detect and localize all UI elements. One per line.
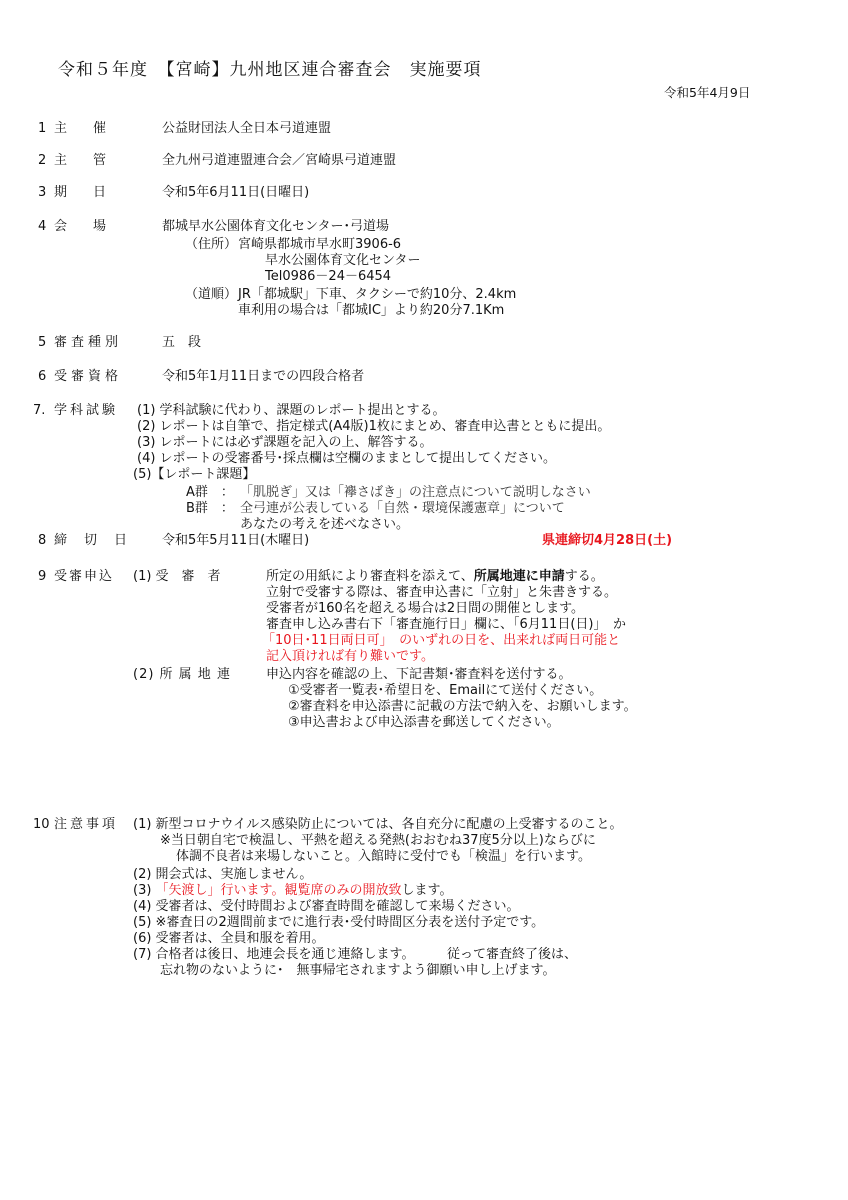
section-number: 3 [38,186,46,199]
section-label: 会 場 [54,220,106,233]
exam-item: (2) レポートは自筆で、指定様式(A4版)1枚にまとめ、審査申込書とともに提出… [137,420,610,433]
topic-a-label: A群 ： [186,486,234,499]
applicant-red-line: 「10日･11日両日可」 のいずれの日を、出来れば両日可能と [262,634,620,647]
section-value: 五 段 [162,336,201,349]
applicant-line: 受審者が160名を超える場合は2日間の開催とします。 [266,602,584,615]
applicant-sublabel: (1) 受 審 者 [133,570,221,583]
note-item: (1) 新型コロナウイルス感染防止については、各自充分に配慮の上受審するのこと。 [133,818,623,831]
note-item: (3) 「矢渡し」行います。観覧席のみの開放致します。 [133,884,452,897]
directions-label: （道順） [185,288,237,301]
section-value: 令和5年6月11日(日曜日) [162,186,309,199]
address-label: （住所） [185,238,237,251]
applicant-line-text: 所定の用紙により審査料を添えて、 [266,569,474,584]
note-item-number: (3) [133,883,156,898]
section-number: 9 [38,570,46,583]
section-number: 5 [38,336,46,349]
section-number: 7. [33,404,45,417]
section-value: 令和5年5月11日(木曜日) [162,534,309,547]
section-label: 審査種別 [54,336,122,349]
section-label: 受審資格 [54,370,122,383]
applicant-line: 審査申し込み書右下「審査施行日」欄に、「6月11日(日)」 か [266,618,626,631]
applicant-line: 立射で受審する際は、審査申込書に「立射」と朱書きする。 [266,586,617,599]
federation-sublabel: (2) 所 属 地 連 [133,668,231,681]
federation-intro: 申込内容を確認の上、下記書類･審査料を送付する。 [266,668,572,681]
document-title: 令和５年度 【宮崎】九州地区連合審査会 実施要項 [58,62,482,79]
section-number: 1 [38,122,46,135]
section-number: 4 [38,220,46,233]
exam-item: (5)【レポート課題】 [133,468,255,481]
section-label: 主 管 [54,154,106,167]
section-number: 2 [38,154,46,167]
note-item-text: します。 [402,883,453,898]
address-line: 早水公園体育文化センター [265,254,420,267]
section-number: 6 [38,370,46,383]
section-label: 主 催 [54,122,106,135]
note-item-detail: 体調不良者は来場しないこと。入館時に受付でも「検温」を行います。 [176,850,591,863]
exam-item: (1) 学科試験に代わり、課題のレポート提出とする。 [137,404,446,417]
applicant-line-text: する。 [565,569,604,584]
directions-line: 車利用の場合は「都城IC」より約20分7.1Km [238,304,504,317]
applicant-line: 所定の用紙により審査料を添えて、所属地連に申請する。 [266,570,604,583]
applicant-line-bold: 所属地連に申請 [474,569,565,584]
note-item: (4) 受審者は、受付時間および審査時間を確認して来場ください。 [133,900,520,913]
section-number: 8 [38,534,46,547]
section-label: 受審申込 [54,570,114,583]
section-label: 期 日 [54,186,106,199]
federation-step: ③申込書および申込添書を郵送してください。 [288,716,560,729]
note-item-detail: ※当日朝自宅で検温し、平熱を超える発熱(おおむね37度5分以上)ならびに [160,834,596,847]
section-value: 令和5年1月11日までの四段合格者 [162,370,364,383]
note-item: (2) 開会式は、実施しません。 [133,868,312,881]
note-item: (6) 受審者は、全員和服を着用。 [133,932,325,945]
section-value: 全九州弓道連盟連合会／宮崎県弓道連盟 [162,154,396,167]
section-label: 締 切 日 [54,534,129,547]
federation-step: ②審査料を申込添書に記載の方法で納入を、お願いします。 [288,700,637,713]
note-item-continued: 忘れ物のないように･ 無事帰宅されますよう御願い申し上げます。 [160,964,555,977]
note-item-red-text: 「矢渡し」行います。観覧席のみの開放致 [156,883,402,898]
exam-item: (4) レポートの受審番号･採点欄は空欄のままとして提出してください。 [137,452,556,465]
directions-line: JR「都城駅」下車、タクシーで約10分、2.4km [238,288,516,301]
topic-b-label: B群 ： [186,502,234,515]
section-value: 公益財団法人全日本弓道連盟 [162,122,331,135]
topic-a-text: 「肌脱ぎ」又は「襷さばき」の注意点について説明しなさい [240,486,591,499]
document-date: 令和5年4月9日 [664,87,750,100]
federation-step: ①受審者一覧表･希望日を、Emailにて送付ください。 [288,684,602,697]
exam-item: (3) レポートには必ず課題を記入の上、解答する。 [137,436,433,449]
section-label: 注意事項 [54,818,118,831]
phone-number: Tel0986－24－6454 [265,270,391,283]
venue-name: 都城早水公園体育文化センター･弓道場 [162,220,389,233]
prefecture-deadline-note: 県連締切4月28日(土) [542,534,672,547]
topic-b-text-continued: あなたの考えを述べなさい。 [240,518,409,531]
topic-b-text: 全弓連が公表している「自然・環境保護憲章」について [240,502,565,515]
note-item: (7) 合格者は後日、地連会長を通じ連絡します。 従って審査終了後は、 [133,948,577,961]
applicant-red-line: 記入頂ければ有り難いです。 [266,650,434,663]
address-line: 宮崎県都城市早水町3906-6 [238,238,401,251]
note-item: (5) ※審査日の2週間前までに進行表･受付時間区分表を送付予定です。 [133,916,544,929]
section-number: 10 [33,818,50,831]
section-label: 学科試験 [54,404,118,417]
